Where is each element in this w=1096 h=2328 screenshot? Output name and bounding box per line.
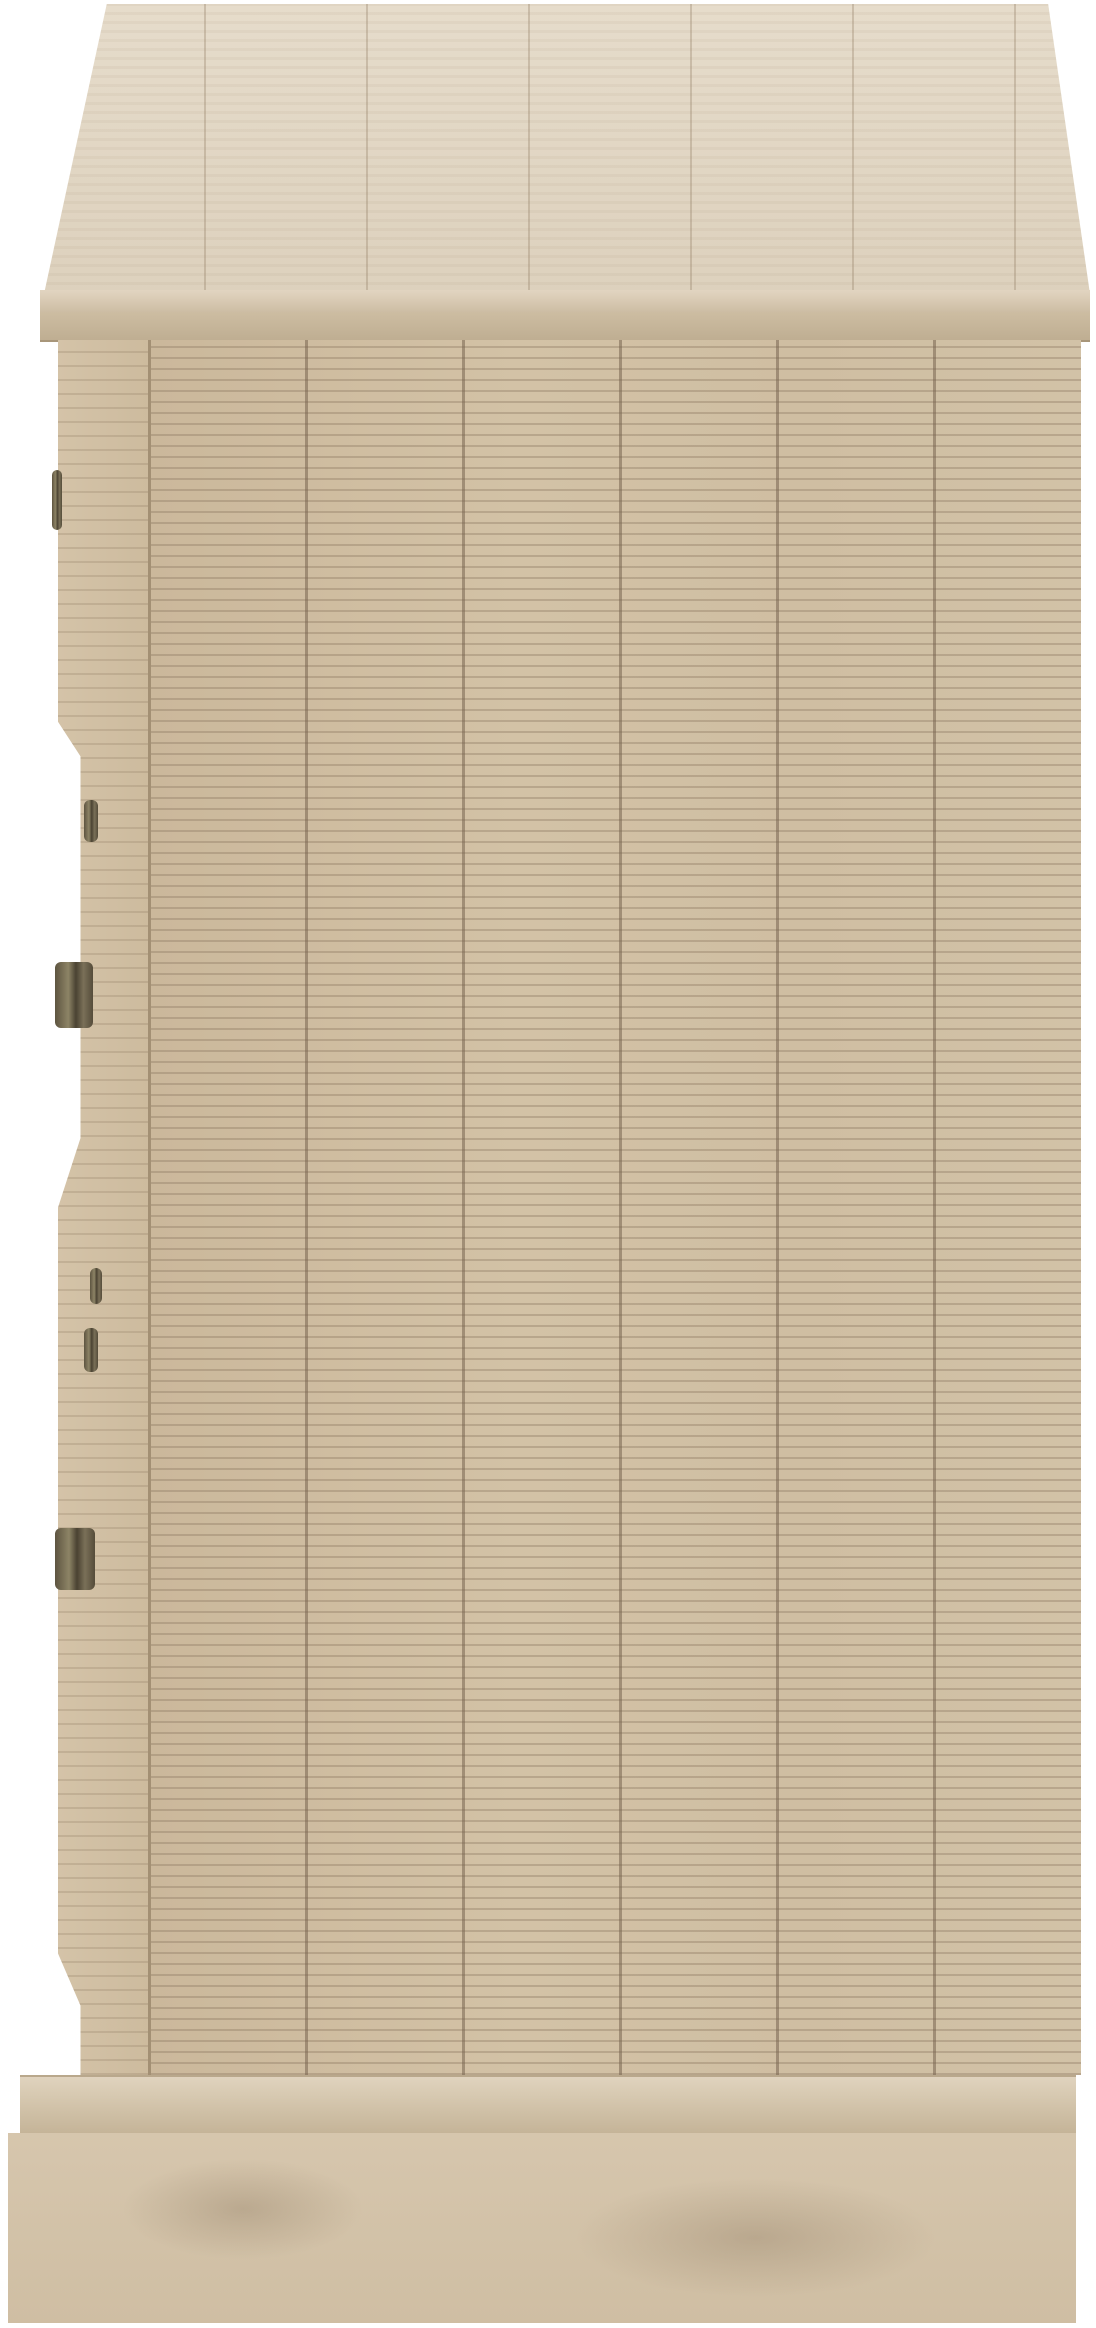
cabinet-top-molding <box>40 312 1090 342</box>
upper-drawer-knob-icon <box>52 470 62 530</box>
cabinet-front-stile <box>58 340 148 2075</box>
plinth-molding <box>20 2075 1076 2135</box>
small-knob-icon <box>84 1328 98 1372</box>
middle-drawer-knob-icon <box>55 962 93 1028</box>
small-knob-icon <box>84 800 98 842</box>
small-knob-icon <box>90 1268 102 1304</box>
lower-drawer-knob-icon <box>55 1528 95 1590</box>
cabinet-side-panel <box>148 340 1081 2075</box>
cabinet-plinth-base <box>8 2133 1076 2323</box>
cabinet-top-surface <box>44 4 1090 294</box>
cabinet-top-edge <box>40 290 1090 314</box>
cabinet-photo <box>0 0 1096 2328</box>
